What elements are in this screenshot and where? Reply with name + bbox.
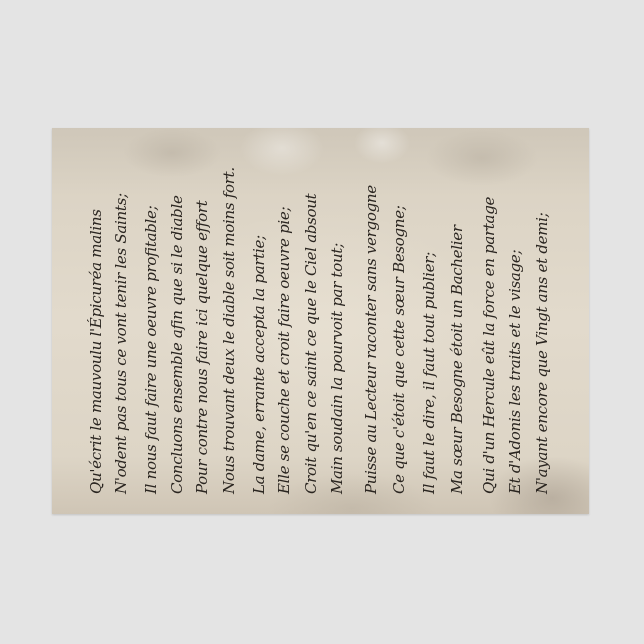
manuscript-line-15: Qui d'un Hercule eût la force en partage <box>482 197 497 494</box>
manuscript-line-8: Elle se couche et croit faire oeuvre pie… <box>277 207 292 494</box>
manuscript-line-4: Concluons ensemble afin que si le diable <box>170 195 185 494</box>
manuscript-line-1: Qu'écrit le mauvoulu l'Épicuréa malins <box>89 209 104 494</box>
manuscript-page: Qu'écrit le mauvoulu l'Épicuréa malins N… <box>52 128 589 514</box>
manuscript-line-2: N'odent pas tous ce vont tenir les Saint… <box>114 193 129 494</box>
manuscript-line-6: Nous trouvant deux le diable soit moins … <box>222 167 237 494</box>
manuscript-line-9: Croit qu'en ce saint ce que le Ciel abso… <box>304 194 319 494</box>
manuscript-line-3: Il nous faut faire une oeuvre profitable… <box>144 206 159 494</box>
manuscript-line-12: Ce que c'étoit que cette sœur Besogne; <box>392 205 407 494</box>
manuscript-line-11: Puisse au Lecteur raconter sans vergogne <box>364 185 379 494</box>
manuscript-line-14: Ma sœur Besogne étoit un Bachelier <box>450 225 465 494</box>
manuscript-line-17: N'ayant encore que Vingt ans et demi; <box>535 213 550 494</box>
manuscript-line-10: Main soudain la pourvoit par tout; <box>330 243 345 494</box>
manuscript-line-16: Et d'Adonis les traits et le visage; <box>508 250 523 494</box>
manuscript-line-13: Il faut le dire, il faut tout publier; <box>422 252 437 494</box>
manuscript-line-5: Pour contre nous faire ici quelque effor… <box>195 201 210 495</box>
manuscript-line-7: La dame, errante accepta la partie; <box>252 235 267 494</box>
canvas: Qu'écrit le mauvoulu l'Épicuréa malins N… <box>0 0 644 644</box>
